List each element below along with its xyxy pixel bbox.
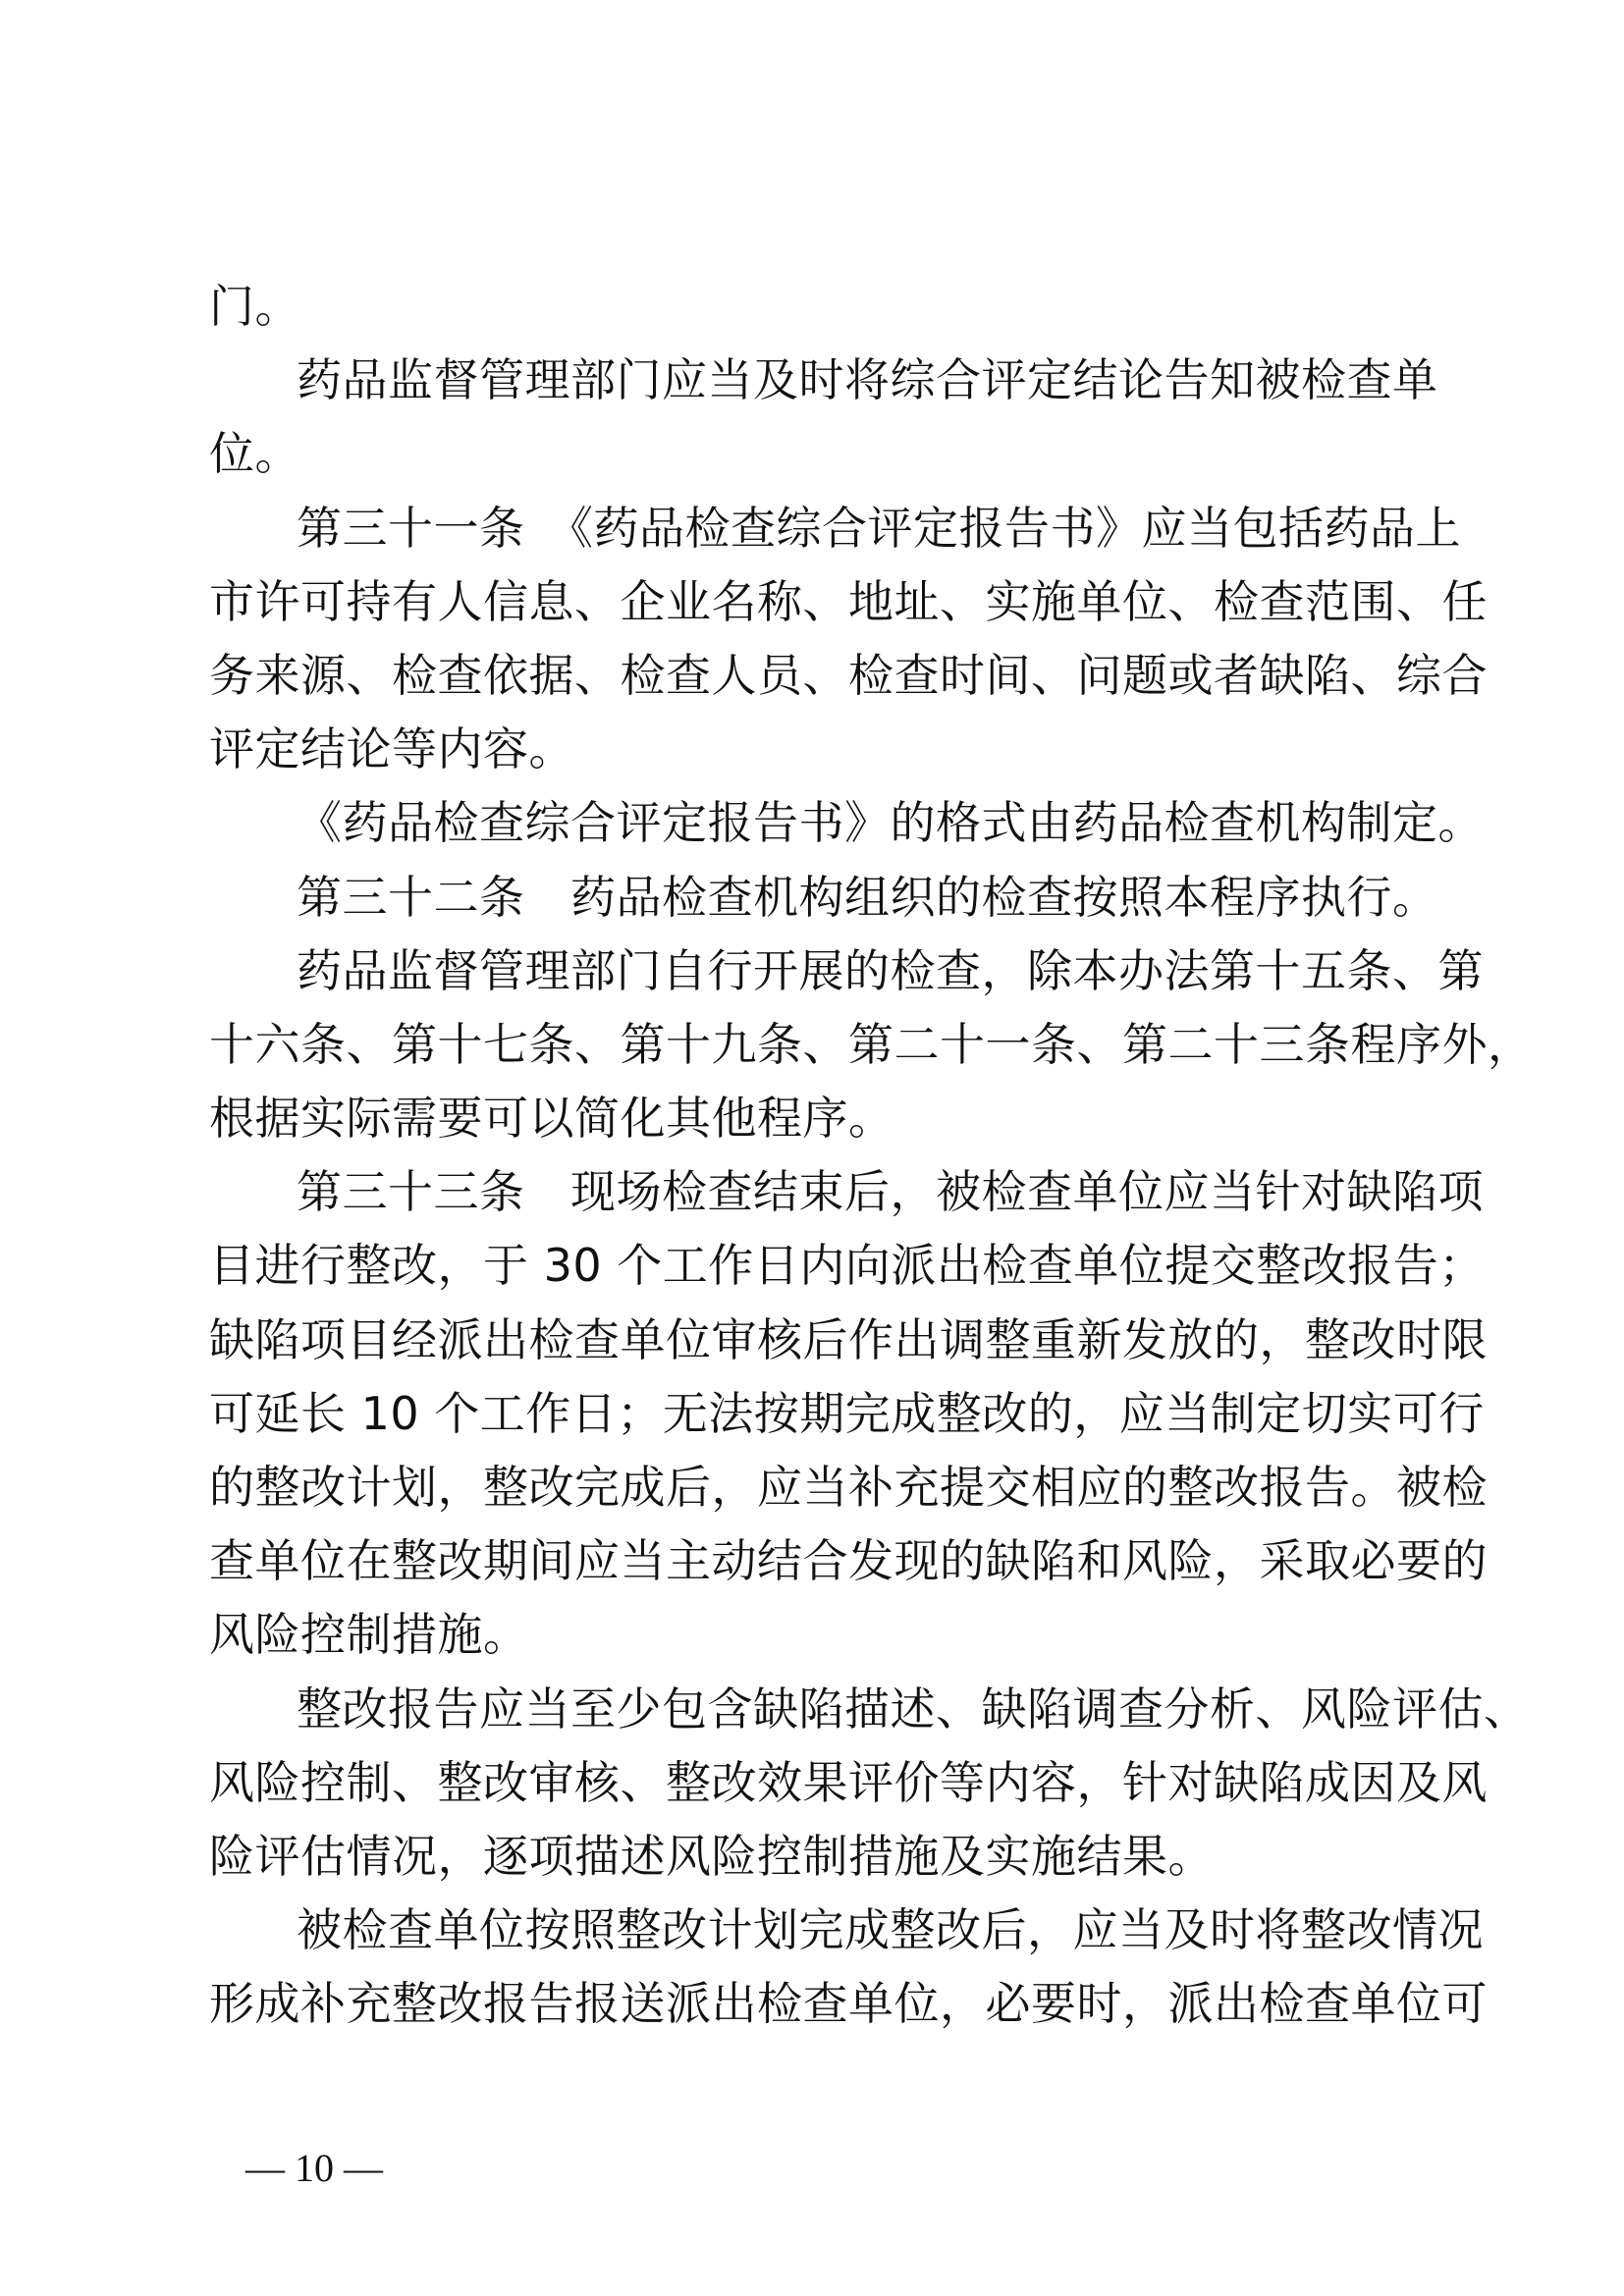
text-line: 市许可持有人信息、企业名称、地址、实施单位、检查范围、任 — [209, 565, 1427, 639]
text-line: 药品监督管理部门应当及时将综合评定结论告知被检查单 — [209, 344, 1427, 417]
text-line: 的整改计划，整改完成后，应当补充提交相应的整改报告。被检 — [209, 1451, 1427, 1524]
text-line: 可延长 10 个工作日；无法按期完成整改的，应当制定切实可行 — [209, 1377, 1427, 1451]
text-line: 位。 — [209, 417, 1427, 491]
text-line: 务来源、检查依据、检查人员、检查时间、问题或者缺陷、综合 — [209, 639, 1427, 713]
text-line: 险评估情况，逐项描述风险控制措施及实施结果。 — [209, 1820, 1427, 1894]
page-number: — 10 — — [245, 2145, 383, 2191]
document-page: 门。 药品监督管理部门应当及时将综合评定结论告知被检查单 位。 第三十一条 《药… — [209, 270, 1427, 2042]
text-line: 查单位在整改期间应当主动结合发现的缺陷和风险，采取必要的 — [209, 1524, 1427, 1598]
text-line: 被检查单位按照整改计划完成整改后，应当及时将整改情况 — [209, 1894, 1427, 1967]
text-line: 门。 — [209, 270, 1427, 344]
article-31-heading-line: 第三十一条 《药品检查综合评定报告书》应当包括药品上 — [209, 492, 1427, 565]
article-32-heading-line: 第三十二条 药品检查机构组织的检查按照本程序执行。 — [209, 861, 1427, 934]
text-line: 目进行整改，于 30 个工作日内向派出检查单位提交整改报告； — [209, 1229, 1427, 1303]
text-line: 《药品检查综合评定报告书》的格式由药品检查机构制定。 — [209, 786, 1427, 860]
text-line: 十六条、第十七条、第十九条、第二十一条、第二十三条程序外， — [209, 1008, 1427, 1082]
text-line: 药品监督管理部门自行开展的检查，除本办法第十五条、第 — [209, 934, 1427, 1008]
text-line: 风险控制、整改审核、整改效果评价等内容，针对缺陷成因及风 — [209, 1746, 1427, 1820]
text-line: 风险控制措施。 — [209, 1598, 1427, 1672]
text-line: 缺陷项目经派出检查单位审核后作出调整重新发放的，整改时限 — [209, 1304, 1427, 1377]
article-33-heading-line: 第三十三条 现场检查结束后，被检查单位应当针对缺陷项 — [209, 1155, 1427, 1229]
text-line: 评定结论等内容。 — [209, 713, 1427, 786]
text-line: 形成补充整改报告报送派出检查单位，必要时，派出检查单位可 — [209, 1967, 1427, 2041]
text-line: 根据实际需要可以简化其他程序。 — [209, 1082, 1427, 1155]
text-line: 整改报告应当至少包含缺陷描述、缺陷调查分析、风险评估、 — [209, 1673, 1427, 1746]
